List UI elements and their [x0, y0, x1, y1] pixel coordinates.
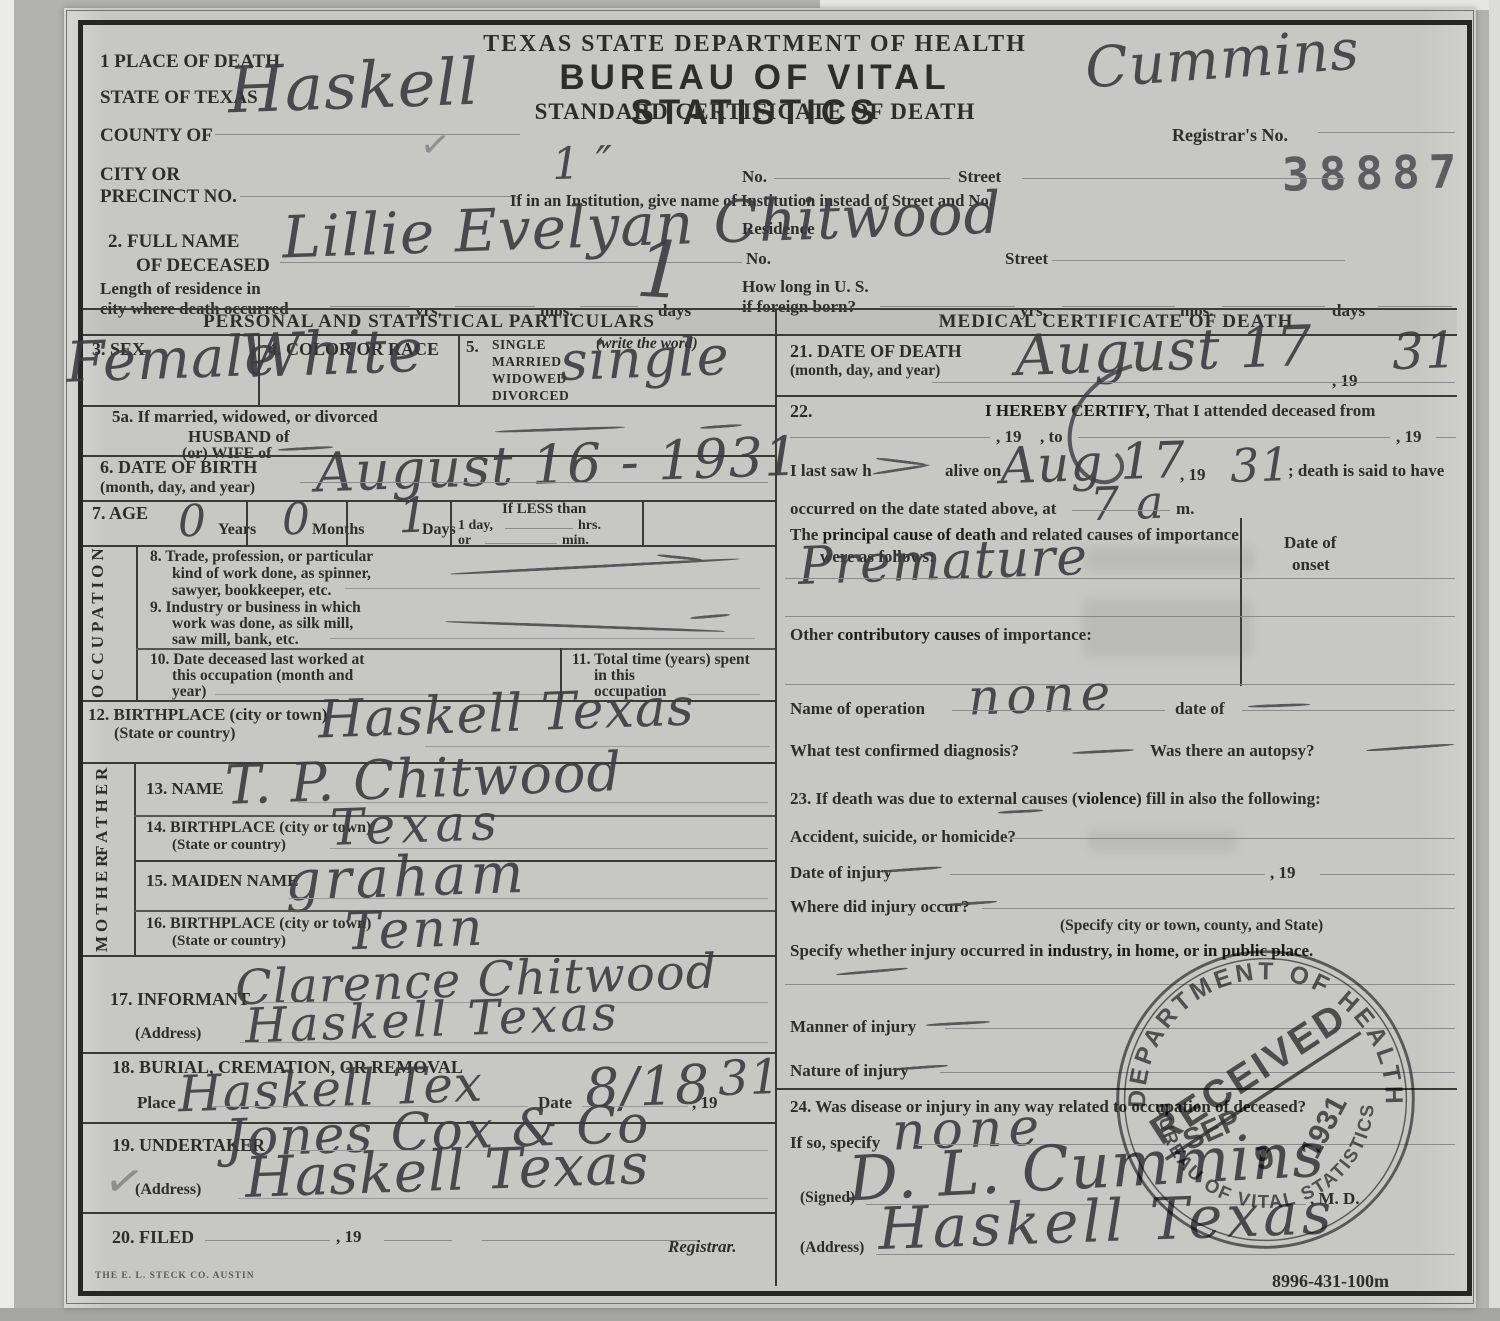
specify-pre: Specify whether injury occurred in: [790, 941, 1048, 960]
registrar-no-label: Registrar's No.: [1172, 126, 1288, 144]
marital-option-widowed: WIDOWED: [492, 372, 567, 386]
dob-handwritten: August 16 - 1931: [314, 430, 800, 501]
precinct-handwritten: 1 ″: [551, 141, 614, 187]
mother-maiden-fill: [288, 898, 768, 899]
lastsaw-alive-on: alive on: [945, 462, 1001, 479]
filed-label: 20. FILED: [112, 1228, 194, 1246]
age-div-4: [642, 500, 644, 545]
occ8-fill-line: [345, 588, 760, 589]
occ11-line-1: 11. Total time (years) spent: [572, 652, 750, 668]
occupation-side-label: OCCUPATION: [88, 550, 108, 698]
certify-rest: That I attended deceased from: [1154, 401, 1376, 420]
county-line: [215, 134, 520, 135]
registrar-no-stamped: 38887: [1282, 148, 1466, 197]
external-post: ) fill in also the following:: [1136, 789, 1321, 808]
us-days-line-2: [1378, 306, 1452, 307]
dod-19-label: , 19: [1332, 372, 1358, 389]
occ9-fill-line: [330, 638, 755, 639]
age-less-label-1: If LESS than: [502, 502, 586, 517]
operation-label: Name of operation: [790, 700, 925, 717]
city-or-label: CITY OR: [100, 165, 180, 184]
marital-option-divorced: DIVORCED: [492, 389, 569, 403]
age-div-2: [346, 500, 348, 545]
age-div-3: [450, 500, 452, 545]
cause-line-3: [785, 684, 1455, 685]
bleed-smudge-2: [1082, 598, 1252, 658]
dob-label-1: 6. DATE OF BIRTH: [100, 458, 257, 476]
operation-handwritten: none: [967, 667, 1117, 722]
external-bold: violence: [1078, 789, 1137, 808]
header-title-line1: TEXAS STATE DEPARTMENT OF HEALTH: [430, 32, 1080, 56]
occ9-line-3: saw mill, bank, etc.: [172, 632, 299, 648]
race-marital-divider: [458, 336, 460, 405]
us-yrs-line: [880, 306, 1015, 307]
precinct-no-label: PRECINCT NO.: [100, 187, 237, 206]
street-line-2: [1052, 260, 1345, 261]
death-certificate-scan: 1 PLACE OF DEATH STATE OF TEXAS COUNTY O…: [0, 0, 1500, 1321]
age-months-handwritten: 0: [281, 498, 312, 543]
occupation-strip-divider: [136, 545, 138, 700]
dod-line: [932, 382, 1455, 383]
where-injury-line: [982, 908, 1455, 909]
certify-number: 22.: [790, 402, 813, 420]
father-bp-label-2: (State or country): [172, 838, 286, 853]
mother-bp-label-1: 16. BIRTHPLACE (city or town): [146, 916, 371, 932]
stamp-day-text: 9: [1252, 1138, 1278, 1178]
dob-line: [300, 482, 768, 483]
physician-address-label: (Address): [800, 1240, 864, 1256]
residence-length-label-1: Length of residence in: [100, 280, 261, 297]
fullname-label-1: 2. FULL NAME: [108, 232, 239, 251]
check-mark-city: ✓: [418, 126, 453, 166]
informant-label: 17. INFORMANT: [110, 990, 250, 1008]
nature-label: Nature of injury: [790, 1062, 909, 1079]
age-years-label: Years: [218, 522, 256, 538]
race-handwritten: White: [239, 321, 425, 387]
occ8-line-2: kind of work done, as spinner,: [172, 566, 371, 582]
burial-place-label: Place: [137, 1094, 176, 1111]
us-length-label-1: How long in U. S.: [742, 278, 869, 295]
lastsaw-19: , 19: [1180, 466, 1206, 483]
certify-line-3: [1436, 437, 1456, 438]
age-years-handwritten: 0: [177, 500, 208, 545]
no-label-2: No.: [746, 250, 771, 267]
date-injury-line-2: [1320, 874, 1455, 875]
dob-label-2: (month, day, and year): [100, 480, 255, 496]
age-min-line: [485, 543, 557, 544]
county-of-label: COUNTY OF: [100, 126, 213, 145]
age-hrs-label: hrs.: [578, 519, 601, 533]
age-label: 7. AGE: [92, 504, 148, 522]
occurred-at-text: occurred on the date stated above, at: [790, 500, 1056, 517]
dod-year-handwritten: 31: [1391, 325, 1458, 377]
external-causes-text: 23. If death was due to external causes …: [790, 790, 1321, 807]
occ11-fill-line: [688, 694, 760, 695]
onset-label-1: Date of: [1284, 534, 1336, 551]
mother-bp-handwritten: Tenn: [344, 902, 486, 959]
husband-label-2: HUSBAND of: [188, 428, 290, 445]
us-days-line: [1222, 306, 1325, 307]
res-mos-line: [455, 306, 535, 307]
scan-edge-bottom: [0, 1308, 1500, 1321]
hour-handwritten: 7 a: [1089, 479, 1165, 528]
date-injury-19: , 19: [1270, 864, 1296, 881]
marital-number: 5.: [466, 338, 479, 355]
filed-line-2: [384, 1240, 452, 1241]
mother-bp-label-2: (State or country): [172, 934, 286, 949]
contributory-text: Other contributory causes of importance:: [790, 626, 1092, 643]
printer-note: THE E. L. STECK CO. AUSTIN: [95, 1272, 255, 1282]
no-label-1: No.: [742, 168, 767, 185]
occ8-line-3: sawyer, bookkeeper, etc.: [172, 583, 331, 599]
certify-line-1: [790, 437, 990, 438]
m-label: m.: [1176, 500, 1194, 517]
res-days-line: [580, 306, 638, 307]
birthplace12-label-1: 12. BIRTHPLACE (city or town): [88, 706, 327, 723]
row-line-20: [83, 1212, 775, 1214]
res-yrs-line: [330, 306, 410, 307]
row-line-8: [83, 545, 775, 547]
registrar-signature-label: Registrar.: [668, 1238, 737, 1255]
filed-19-label: , 19: [336, 1228, 362, 1245]
operation-line: [952, 710, 1165, 711]
date-injury-line: [950, 874, 1265, 875]
res-days-handwritten: 1: [634, 231, 689, 312]
birthplace12-label-2: (State or country): [114, 726, 235, 742]
external-pre: 23. If death was due to external causes …: [790, 789, 1078, 808]
mother-side-label: MOTHER: [92, 860, 112, 952]
father-side-label: FATHER: [92, 766, 112, 856]
street-line-1: [1022, 178, 1345, 179]
dod-label-2: (month, day, and year): [790, 363, 940, 379]
occ10-line-1: 10. Date deceased last worked at: [150, 652, 364, 668]
dod-label-1: 21. DATE OF DEATH: [790, 342, 962, 360]
contrib-post: of importance:: [980, 625, 1091, 644]
cause-handwritten: Premature: [797, 531, 1089, 593]
lastsaw-text-1: I last saw h: [790, 462, 872, 479]
occ10-line-3: year): [172, 684, 206, 700]
hour-line: [1072, 510, 1170, 511]
contrib-pre: Other: [790, 625, 837, 644]
burial-19-label: , 19: [692, 1094, 718, 1111]
marital-handwritten: single: [559, 329, 730, 389]
age-div-1: [246, 500, 248, 545]
onset-label-2: onset: [1292, 556, 1330, 573]
manner-label: Manner of injury: [790, 1018, 916, 1035]
occ-row-line: [136, 648, 775, 650]
test-label: What test confirmed diagnosis?: [790, 742, 1019, 759]
marital-option-married: MARRIED: [492, 355, 562, 369]
husband-label-1: 5a. If married, widowed, or divorced: [112, 408, 378, 425]
filed-line-1: [205, 1240, 330, 1241]
occ10-line-2: this occupation (month and: [172, 668, 353, 684]
informant-address-label: (Address): [135, 1026, 201, 1042]
received-stamp: DEPARTMENT OF HEALTH BUREAU OF VITAL STA…: [1098, 932, 1433, 1267]
father-name-label: 13. NAME: [146, 780, 223, 797]
header-title-line3: STANDARD CERTIFICATE OF DEATH: [430, 100, 1080, 123]
parent-strip-divider: [134, 762, 136, 955]
age-months-label: Months: [312, 522, 364, 538]
certify-19b: , 19: [1396, 428, 1422, 445]
burial-year-handwritten: 31: [717, 1053, 782, 1103]
form-number: 8996-431-100m: [1272, 1272, 1389, 1290]
scan-edge-left: [0, 0, 14, 1321]
occ8-line-1: 8. Trade, profession, or particular: [150, 549, 373, 565]
accident-label: Accident, suicide, or homicide?: [790, 828, 1016, 845]
occ9-line-1: 9. Industry or business in which: [150, 600, 361, 616]
us-mos-line: [1062, 306, 1175, 307]
registrar-no-line: [1318, 132, 1455, 133]
date-injury-label: Date of injury: [790, 864, 892, 881]
street-label-2: Street: [1005, 250, 1048, 267]
dateof-label: date of: [1175, 700, 1225, 717]
age-hrs-line: [505, 528, 573, 529]
bleed-smudge-1: [1085, 546, 1255, 572]
autopsy-label: Was there an autopsy?: [1150, 742, 1315, 759]
cause-line-1: [785, 578, 1455, 579]
undertaker-address-fill: [238, 1198, 768, 1199]
undertaker-address-handwritten: Haskell Texas: [244, 1137, 650, 1207]
undertaker-address-label: (Address): [135, 1182, 201, 1198]
informant-address-fill: [240, 1042, 768, 1043]
occ9-line-2: work was done, as silk mill,: [172, 616, 353, 632]
age-less-label-2: 1 day,: [458, 519, 493, 533]
contrib-bold: contributory causes: [837, 625, 980, 644]
dateof-line: [1242, 710, 1455, 711]
lastsaw-year-handwritten: 31: [1229, 441, 1291, 489]
scan-edge-right: [1489, 0, 1500, 1321]
signed-label: (Signed): [800, 1190, 855, 1206]
fullname-label-2: OF DECEASED: [136, 256, 270, 275]
birthplace12-handwritten: Haskell Texas: [317, 681, 695, 746]
mother-maiden-label: 15. MAIDEN NAME: [146, 872, 299, 889]
marital-option-single: SINGLE: [492, 338, 546, 352]
bleed-smudge-3: [1088, 830, 1238, 852]
no-line-1: [774, 178, 950, 179]
lastsaw-death-said: ; death is said to have: [1288, 462, 1444, 479]
where-injury-label: Where did injury occur?: [790, 898, 970, 915]
